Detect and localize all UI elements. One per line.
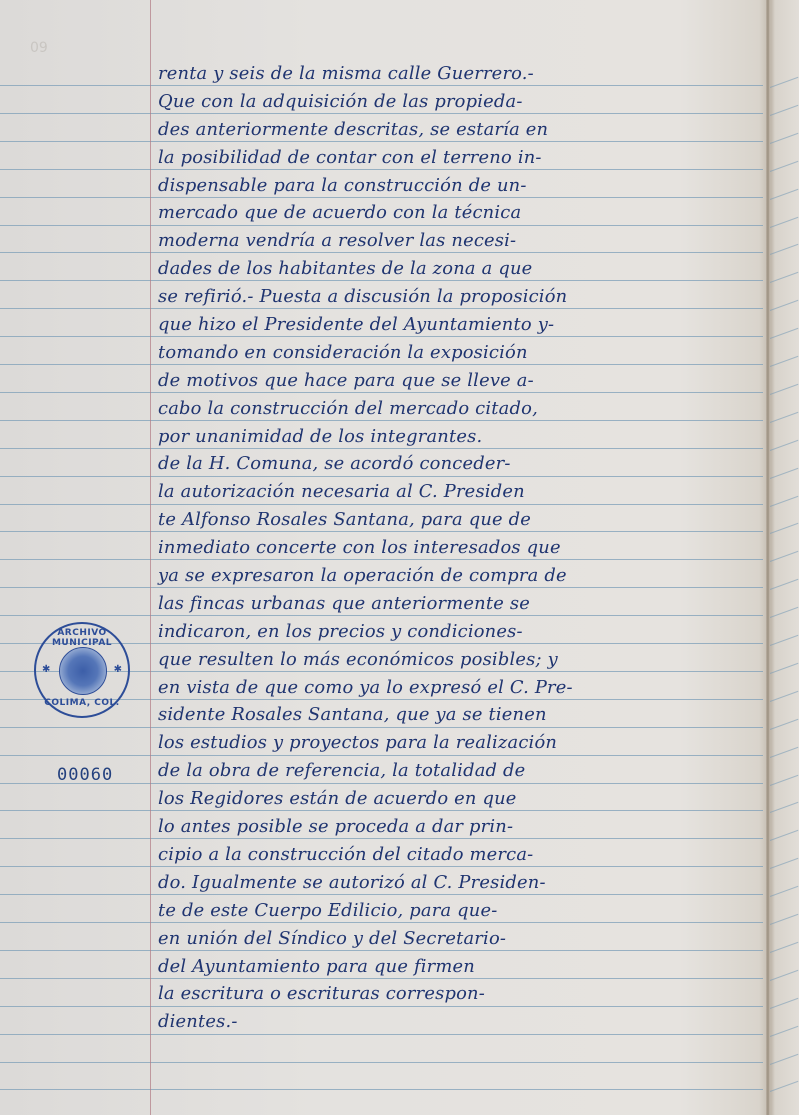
facing-page-rule: [770, 133, 799, 144]
handwritten-text-body: renta y seis de la misma calle Guerrero.…: [158, 60, 763, 1036]
facing-page-rule: [770, 774, 799, 785]
facing-page-rule: [770, 607, 799, 618]
handwritten-line: sidente Rosales Santana, que ya se tiene…: [158, 701, 758, 729]
facing-page-rule: [770, 467, 799, 478]
handwritten-line: dispensable para la construcción de un-: [158, 172, 758, 200]
red-margin-line: [150, 0, 151, 1115]
handwritten-line: se refirió.- Puesta a discusión la propo…: [158, 283, 758, 311]
handwritten-line: la escritura o escrituras correspon-: [158, 980, 758, 1008]
handwritten-line: Que con la adquisición de las propieda-: [158, 88, 758, 116]
facing-page-rule: [770, 718, 799, 729]
handwritten-line: tomando en consideración la exposición: [158, 339, 758, 367]
facing-page-rule: [770, 188, 799, 199]
ruled-line: [0, 1062, 763, 1063]
handwritten-line: lo antes posible se proceda a dar prin-: [158, 813, 758, 841]
facing-page-rule: [770, 300, 799, 311]
handwritten-line: en unión del Síndico y del Secretario-: [158, 925, 758, 953]
archive-stamp: ARCHIVO MUNICIPAL ✱ ✱ COLIMA, COL.: [34, 622, 130, 718]
facing-page-rule: [770, 858, 799, 869]
handwritten-line: dades de los habitantes de la zona a que: [158, 255, 758, 283]
handwritten-line: moderna vendría a resolver las necesi-: [158, 227, 758, 255]
facing-page-rule: [770, 272, 799, 283]
facing-page-rule: [770, 914, 799, 925]
book-gutter: [766, 0, 770, 1115]
facing-page-rule: [770, 77, 799, 88]
facing-page-rule: [770, 412, 799, 423]
ruled-line: [0, 1089, 763, 1090]
ghost-page-number: 09: [30, 40, 48, 56]
ledger-page: 09 ARCHIVO MUNICIPAL ✱ ✱ COLIMA, COL. 00…: [0, 0, 799, 1115]
handwritten-line: inmediato concerte con los interesados q…: [158, 534, 758, 562]
facing-page-rule: [770, 244, 799, 255]
facing-page-rule: [770, 635, 799, 646]
facing-page-rule: [770, 384, 799, 395]
handwritten-line: del Ayuntamiento para que firmen: [158, 953, 758, 981]
handwritten-line: dientes.-: [158, 1008, 758, 1036]
handwritten-line: las fincas urbanas que anteriormente se: [158, 590, 758, 618]
handwritten-line: indicaron, en los precios y condiciones-: [158, 618, 758, 646]
star-icon: ✱: [114, 664, 122, 675]
facing-page-rule: [770, 1025, 799, 1036]
facing-page-rule: [770, 997, 799, 1008]
facing-page-rule: [770, 1081, 799, 1092]
handwritten-line: ya se expresaron la operación de compra …: [158, 562, 758, 590]
handwritten-line: te de este Cuerpo Edilicio, para que-: [158, 897, 758, 925]
facing-page-rule: [770, 160, 799, 171]
facing-page-rule: [770, 523, 799, 534]
facing-page-rule: [770, 942, 799, 953]
handwritten-line: los Regidores están de acuerdo en que: [158, 785, 758, 813]
facing-page-rule: [770, 328, 799, 339]
star-icon: ✱: [42, 664, 50, 675]
facing-page-rule: [770, 802, 799, 813]
facing-page-rule: [770, 970, 799, 981]
facing-page-rule: [770, 746, 799, 757]
facing-page-rule: [770, 886, 799, 897]
facing-page-rule: [770, 579, 799, 590]
handwritten-line: que resulten lo más económicos posibles;…: [158, 646, 758, 674]
handwritten-line: los estudios y proyectos para la realiza…: [158, 729, 758, 757]
folio-number: 00060: [57, 765, 113, 785]
facing-page-rule: [770, 830, 799, 841]
handwritten-line: de motivos que hace para que se lleve a-: [158, 367, 758, 395]
handwritten-line: do. Igualmente se autorizó al C. Preside…: [158, 869, 758, 897]
handwritten-line: la posibilidad de contar con el terreno …: [158, 144, 758, 172]
facing-page-rule: [770, 105, 799, 116]
facing-page-rule: [770, 551, 799, 562]
handwritten-line: de la H. Comuna, se acordó conceder-: [158, 450, 758, 478]
facing-page-rule: [770, 216, 799, 227]
facing-page-rule: [770, 439, 799, 450]
handwritten-line: te Alfonso Rosales Santana, para que de: [158, 506, 758, 534]
handwritten-line: renta y seis de la misma calle Guerrero.…: [158, 60, 758, 88]
handwritten-line: cabo la construcción del mercado citado,: [158, 395, 758, 423]
coat-of-arms-icon: [59, 647, 107, 695]
facing-page-rule: [770, 495, 799, 506]
stamp-bottom-text: COLIMA, COL.: [36, 698, 128, 708]
handwritten-line: en vista de que como ya lo expresó el C.…: [158, 674, 758, 702]
facing-page-rule: [770, 663, 799, 674]
handwritten-line: la autorización necesaria al C. Presiden: [158, 478, 758, 506]
facing-page-rule: [770, 1053, 799, 1064]
handwritten-line: des anteriormente descritas, se estaría …: [158, 116, 758, 144]
handwritten-line: por unanimidad de los integrantes.: [158, 423, 758, 451]
handwritten-line: mercado que de acuerdo con la técnica: [158, 199, 758, 227]
stamp-top-text: ARCHIVO MUNICIPAL: [36, 628, 128, 648]
handwritten-line: que hizo el Presidente del Ayuntamiento …: [158, 311, 758, 339]
facing-page-rule: [770, 356, 799, 367]
handwritten-line: de la obra de referencia, la totalidad d…: [158, 757, 758, 785]
handwritten-line: cipio a la construcción del citado merca…: [158, 841, 758, 869]
facing-page-rule: [770, 691, 799, 702]
